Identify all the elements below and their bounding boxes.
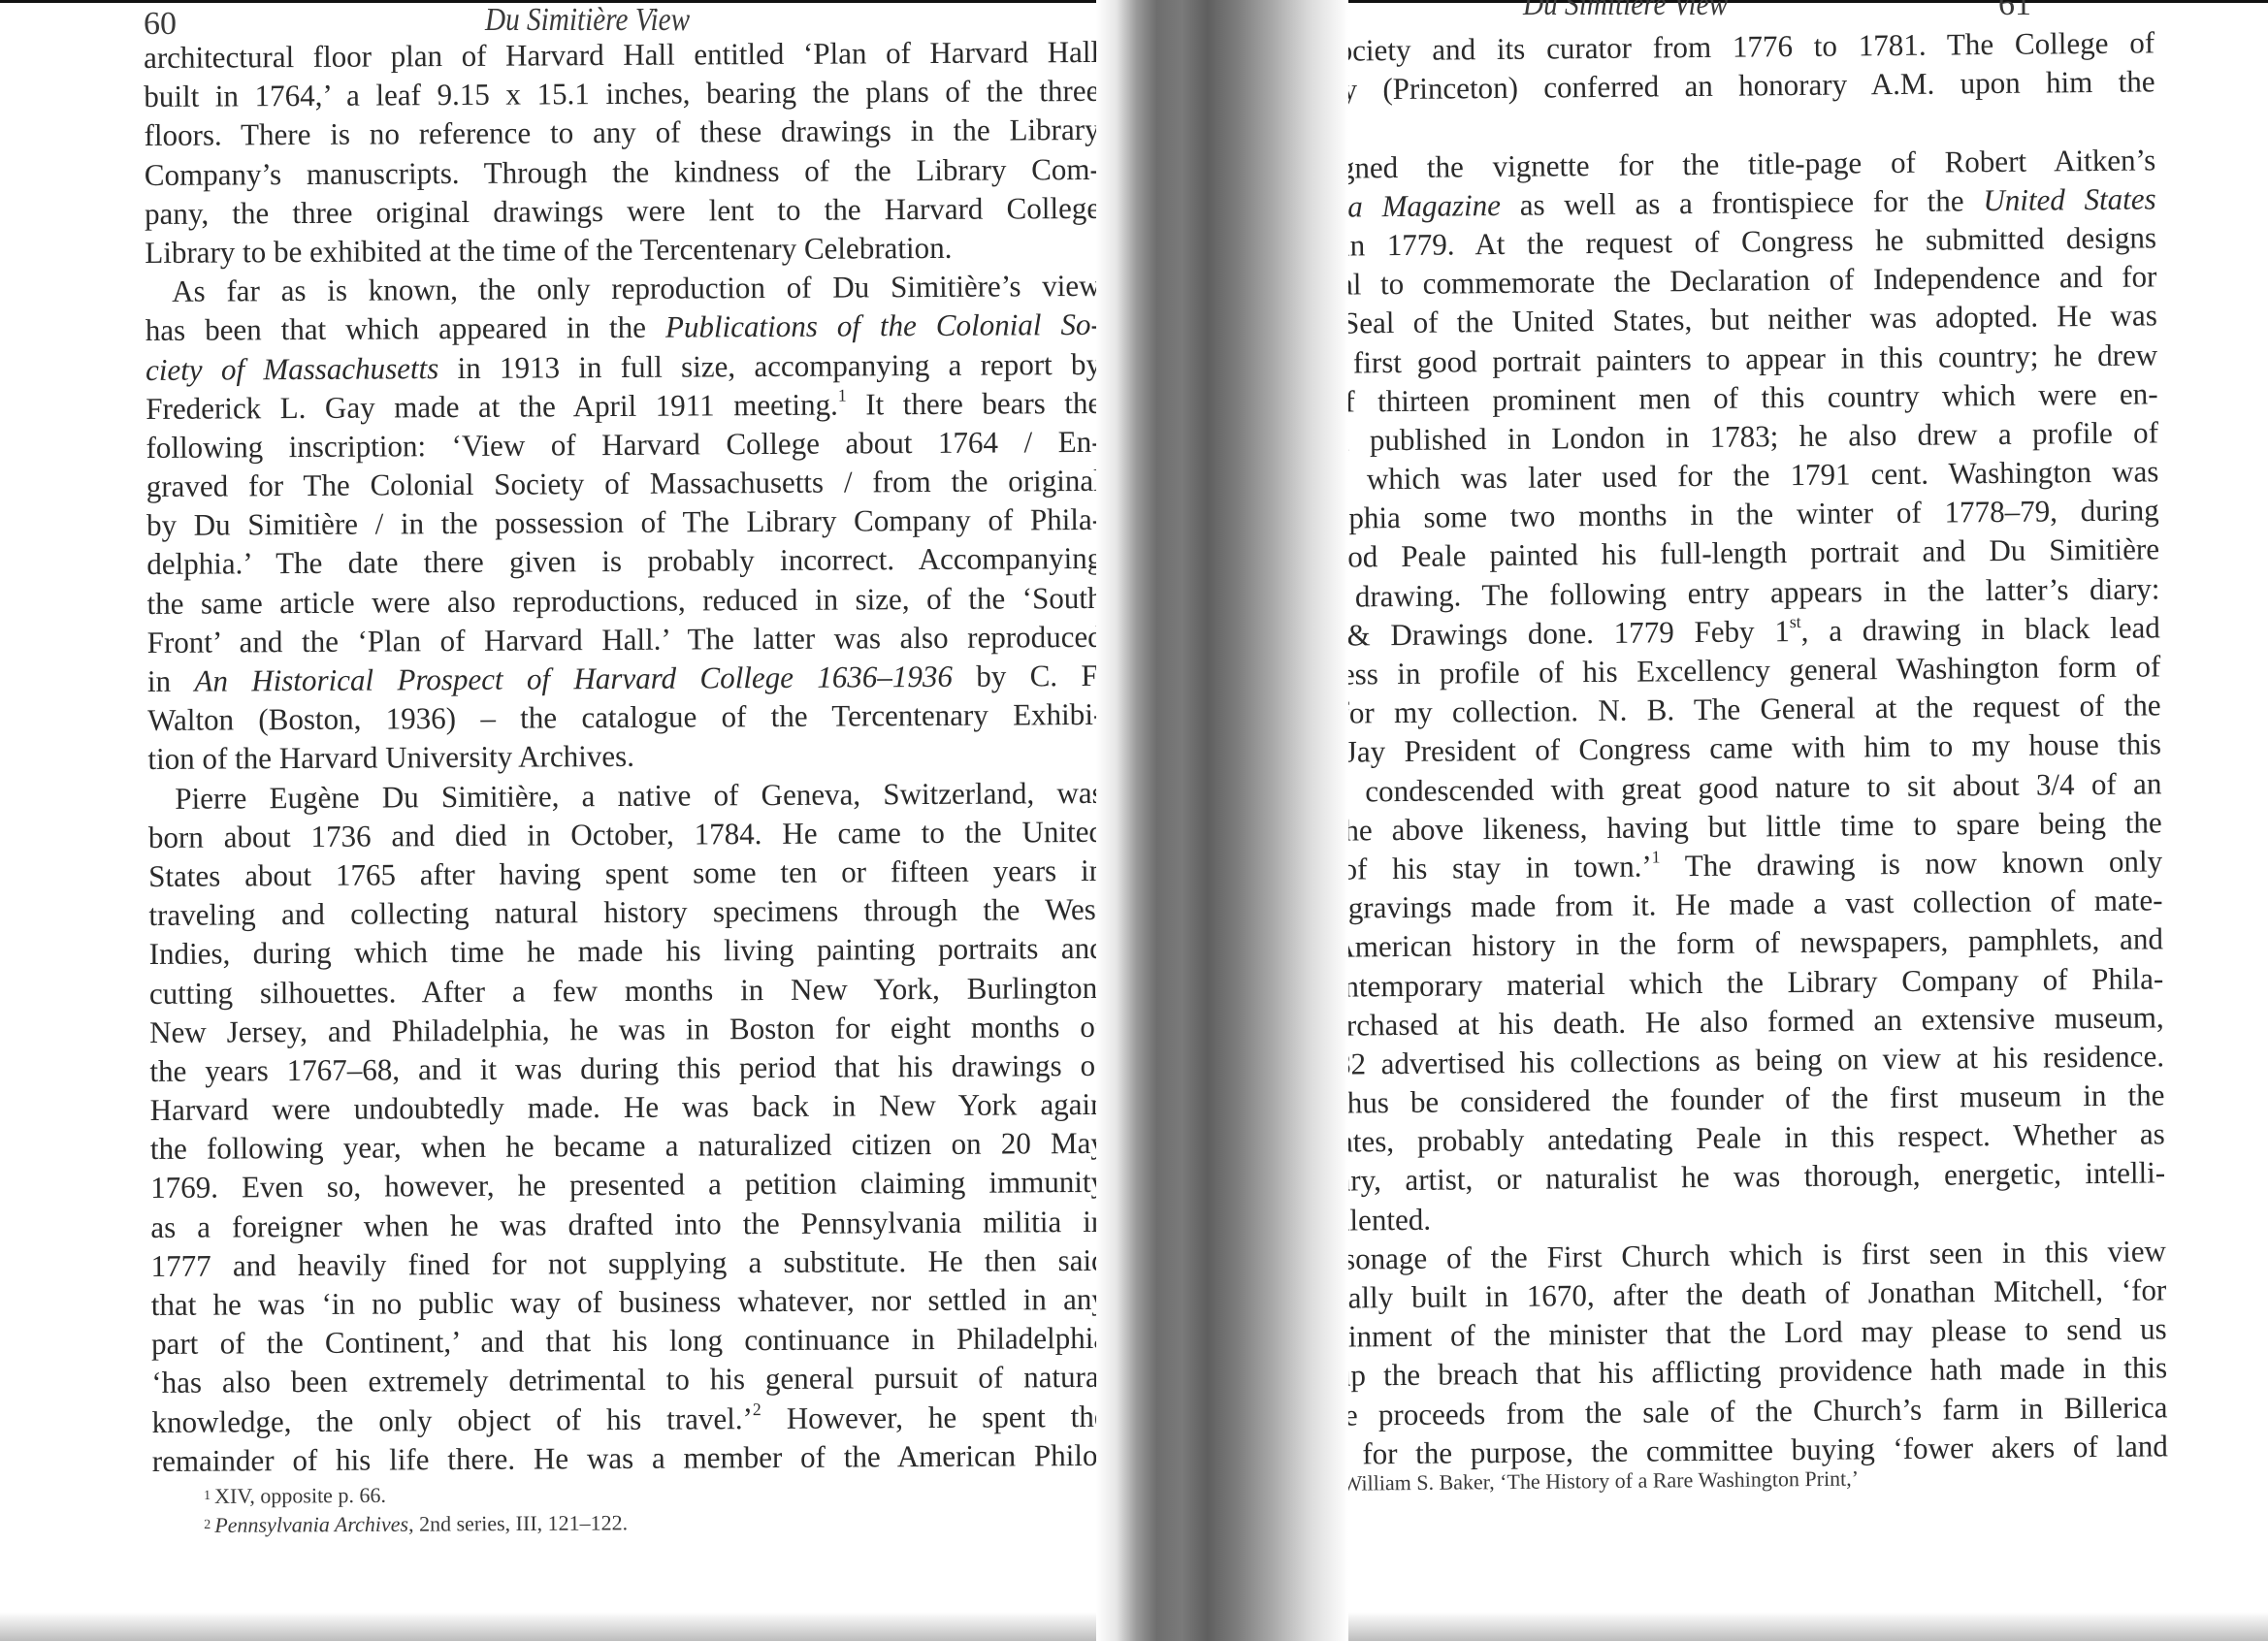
footnotes: 1XIV, opposite p. 66.2Pennsylvania Archi… xyxy=(204,1479,628,1540)
footnote: 2Pennsylvania Archives, 2nd series, III,… xyxy=(204,1508,628,1540)
text-line: floors. There is no reference to any of … xyxy=(144,111,1099,155)
text-line: the years 1767–68, and it was during thi… xyxy=(149,1046,1105,1091)
text-line: traveling and collecting natural history… xyxy=(148,890,1104,935)
text-line: ‘has also been extremely detrimental to … xyxy=(151,1358,1107,1402)
text-line: Company’s manuscripts. Through the kindn… xyxy=(145,149,1100,194)
text-line: tion of the Harvard University Archives. xyxy=(147,734,1103,779)
text-line: States about 1765 after having spent som… xyxy=(148,852,1104,896)
text-line: part of the Continent,’ and that his lon… xyxy=(151,1319,1107,1364)
footnote-marker: 2 xyxy=(204,1518,211,1532)
text-line: Indies, during which time he made his li… xyxy=(149,929,1105,974)
text-line: Walton (Boston, 1936) – the catalogue of… xyxy=(147,695,1103,740)
text-line: Frederick L. Gay made at the April 1911 … xyxy=(146,384,1101,429)
footnote-marker: 1 xyxy=(204,1489,211,1503)
left-page: 60 Du Simitière View architectural floor… xyxy=(0,0,1135,1641)
text-line: Library to be exhibited at the time of t… xyxy=(145,228,1100,273)
text-line: Pierre Eugène Du Simitière, a native of … xyxy=(148,773,1104,818)
text-line: that he was ‘in no public way of busines… xyxy=(151,1280,1107,1325)
running-head: Du Simitière View xyxy=(1523,0,1728,23)
text-line: pany, the three original drawings were l… xyxy=(145,189,1100,234)
text-line: Harvard were undoubtedly made. He was ba… xyxy=(150,1085,1106,1130)
text-line: ciety of Massachusetts in 1913 in full s… xyxy=(146,344,1101,389)
text-line: Front’ and the ‘Plan of Harvard Hall.’ T… xyxy=(147,618,1103,662)
page-number: 61 xyxy=(1998,0,2031,23)
text-line: cutting silhouettes. After a few months … xyxy=(149,968,1105,1013)
book-gutter-shadow xyxy=(1096,0,1348,1641)
text-line: As far as is known, the only reproductio… xyxy=(145,267,1100,311)
text-line: knowledge, the only object of his travel… xyxy=(151,1397,1107,1441)
text-line: the same article were also reproductions… xyxy=(146,579,1102,624)
footnote: 1XIV, opposite p. 66. xyxy=(204,1479,628,1511)
text-line: delphia.’ The date there given is probab… xyxy=(146,539,1102,584)
text-line: graved for The Colonial Society of Massa… xyxy=(146,462,1102,506)
text-line: 1769. Even so, however, he presented a p… xyxy=(150,1163,1106,1207)
text-line: as a foreigner when he was drafted into … xyxy=(150,1202,1106,1246)
text-line: remainder of his life there. He was a me… xyxy=(152,1436,1108,1481)
text-line: by Du Simitière / in the possession of T… xyxy=(146,500,1102,545)
running-head: Du Simitière View xyxy=(485,2,690,39)
page-number: 60 xyxy=(144,6,177,43)
text-line: New Jersey, and Philadelphia, he was in … xyxy=(149,1008,1105,1052)
text-line: architectural floor plan of Harvard Hall… xyxy=(144,33,1099,78)
text-line: in An Historical Prospect of Harvard Col… xyxy=(147,657,1103,701)
body-text: architectural floor plan of Harvard Hall… xyxy=(144,33,1108,1481)
footnotes: 1As quoted by William S. Baker, ‘The His… xyxy=(1213,1461,2193,1528)
text-line: following inscription: ‘View of Harvard … xyxy=(146,423,1101,467)
text-line: has been that which appeared in the Publ… xyxy=(146,306,1101,350)
text-line: born about 1736 and died in October, 178… xyxy=(148,813,1104,857)
text-line: the following year, when he became a nat… xyxy=(150,1124,1106,1169)
text-line: built in 1764,’ a leaf 9.15 x 15.1 inche… xyxy=(144,72,1099,116)
text-line: 1777 and heavily fined for not supplying… xyxy=(150,1241,1106,1286)
